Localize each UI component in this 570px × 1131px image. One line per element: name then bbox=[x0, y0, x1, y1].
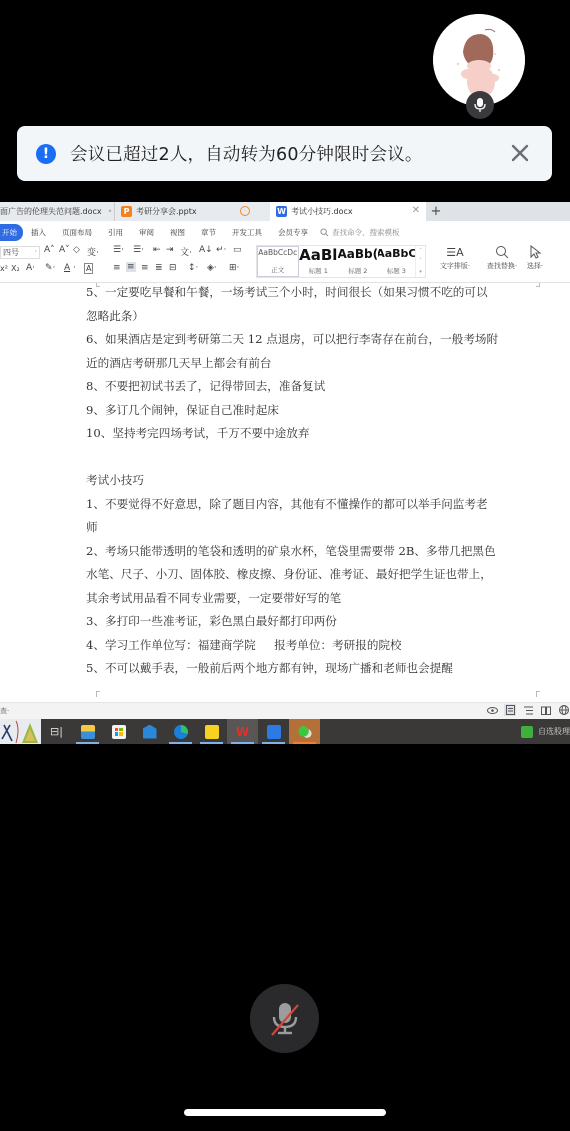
increase-indent-icon[interactable]: ⇥ bbox=[166, 245, 174, 255]
tray-app-label[interactable]: 自选股理 bbox=[538, 726, 570, 737]
search-icon bbox=[320, 228, 329, 237]
align-left-icon[interactable]: ≡ bbox=[113, 263, 121, 273]
info-icon: ! bbox=[36, 144, 56, 164]
doc-line: 忽略此条） bbox=[86, 305, 526, 329]
doc-line: 1、不要觉得不好意思，除了题目内容，其他有不懂操作的都可以举手问监考老 bbox=[86, 493, 526, 517]
styles-scroll[interactable]: ˄ ˅ ▾ bbox=[415, 246, 425, 277]
wechat-icon bbox=[298, 725, 312, 739]
cloud-drive-icon bbox=[267, 725, 281, 739]
stock-app-icon[interactable] bbox=[521, 726, 533, 738]
tab-label: 面广告的伦理失范问题.docx bbox=[0, 206, 102, 217]
reading-view-icon[interactable] bbox=[540, 704, 552, 716]
doc-line: 4、学习工作单位写：福建商学院 报考单位：考研报的院校 bbox=[86, 634, 526, 658]
margin-mark bbox=[536, 691, 540, 697]
align-right-icon[interactable]: ≡ bbox=[141, 263, 149, 273]
eye-protection-icon[interactable] bbox=[486, 704, 498, 716]
sticky-notes-icon bbox=[205, 725, 219, 739]
doc-line: 9、多订几个闹钟，保证自己准时起床 bbox=[86, 399, 526, 423]
tab-label: 考试小技巧.docx bbox=[291, 206, 353, 217]
taskbar-wechat[interactable] bbox=[289, 719, 320, 744]
grow-font-button[interactable]: A˄ bbox=[44, 245, 55, 255]
doc-line: 5、不可以戴手表，一般前后两个地方都有钟，现场广播和老师也会提醒 bbox=[86, 657, 526, 681]
font-color-dropdown[interactable]: · bbox=[73, 263, 76, 273]
new-tab-button[interactable]: + bbox=[426, 202, 446, 221]
font-size-select[interactable]: 四号· bbox=[0, 246, 40, 259]
font-color-icon[interactable]: A bbox=[64, 263, 70, 273]
taskbar-edge[interactable] bbox=[165, 719, 196, 744]
folder-icon bbox=[81, 725, 95, 739]
page-view-icon[interactable] bbox=[504, 704, 516, 716]
doc-line: 2、考场只能带透明的笔袋和透明的矿泉水杯，笔袋里需要带 2B、多带几把黑色 bbox=[86, 540, 526, 564]
meeting-limit-notice: ! 会议已超过2人，自动转为60分钟限时会议。 bbox=[17, 126, 552, 181]
outline-view-icon[interactable] bbox=[522, 704, 534, 716]
menu-insert[interactable]: 插入 bbox=[23, 227, 54, 238]
doc-line: 水笔、尺子、小刀、固体胶、橡皮擦、身份证、准考证、最好把学生证也带上， bbox=[86, 563, 526, 587]
doc-line: 5、一定要吃早餐和午餐，一场考试三个小时，时间很长（如果习惯不吃的可以 bbox=[86, 283, 526, 305]
mute-toggle-button[interactable] bbox=[250, 984, 319, 1053]
table-tools-icon[interactable]: ▭ bbox=[233, 245, 242, 255]
unsaved-indicator-icon: · bbox=[240, 206, 250, 216]
margin-mark bbox=[536, 283, 540, 287]
decrease-indent-icon[interactable]: ⇤ bbox=[153, 245, 161, 255]
distributed-icon[interactable]: ⊟ bbox=[169, 263, 177, 273]
search-placeholder: 查找命令、搜索模板 bbox=[332, 227, 400, 238]
chevron-down-icon[interactable]: ˅ bbox=[419, 258, 422, 264]
search-icon bbox=[495, 245, 509, 259]
tab-kaoyan-pptx[interactable]: P 考研分享会.pptx · bbox=[114, 202, 270, 221]
doc-line: 3、多打印一些准考证，彩色黑白最好都打印两份 bbox=[86, 610, 526, 634]
doc-heading: 考试小技巧 bbox=[86, 469, 526, 493]
style-normal[interactable]: AaBbCcDc 正文 bbox=[257, 246, 299, 277]
shading-icon[interactable]: ◈· bbox=[207, 263, 217, 273]
tab-label: 考研分享会.pptx bbox=[136, 206, 197, 217]
menu-section[interactable]: 章节 bbox=[193, 227, 224, 238]
sort-icon[interactable]: A↓ bbox=[199, 245, 213, 255]
menu-review[interactable]: 审阅 bbox=[131, 227, 162, 238]
store-icon bbox=[112, 725, 126, 739]
char-border-icon[interactable]: A bbox=[84, 263, 93, 274]
shrink-font-button[interactable]: A˅ bbox=[59, 245, 70, 255]
ribbon-menu: 开始 插入 页面布局 引用 审阅 视图 章节 开发工具 会员专享 查找命令、搜索… bbox=[0, 221, 570, 243]
find-replace-button[interactable]: 查找替换· bbox=[482, 245, 522, 271]
tab-dot: • bbox=[108, 207, 113, 216]
doc-line: 6、如果酒店是定到考研第二天 12 点退房，可以把行李寄存在前台，一般考场附 bbox=[86, 328, 526, 352]
task-view-icon: ⊟| bbox=[50, 725, 63, 738]
mic-icon bbox=[473, 97, 487, 113]
bullet-list-icon[interactable]: ☰· bbox=[113, 245, 124, 255]
web-view-icon[interactable] bbox=[558, 704, 570, 716]
numbered-list-icon[interactable]: ☰· bbox=[133, 245, 144, 255]
document-page[interactable]: 5、一定要吃早餐和午餐，一场考试三个小时，时间很长（如果习惯不吃的可以 忽略此条… bbox=[0, 283, 570, 702]
taskbar-baidu-netdisk[interactable] bbox=[258, 719, 289, 744]
cursor-arrow-icon bbox=[529, 245, 541, 259]
superscript-icon[interactable]: x² bbox=[0, 264, 8, 273]
doc-line: 其余考试用品看不同专业需要，一定要带好写的笔 bbox=[86, 587, 526, 611]
subscript-icon[interactable]: X₂ bbox=[11, 264, 20, 273]
document-body[interactable]: 5、一定要吃早餐和午餐，一场考试三个小时，时间很长（如果习惯不吃的可以 忽略此条… bbox=[86, 283, 526, 681]
menu-references[interactable]: 引用 bbox=[100, 227, 131, 238]
system-tray: 自选股理 bbox=[521, 719, 570, 744]
taskbar-microsoft-store[interactable] bbox=[103, 719, 134, 744]
more-styles-icon[interactable]: ▾ bbox=[419, 269, 422, 275]
wps-logo-icon: W bbox=[236, 725, 249, 739]
taskbar-wps-office[interactable]: W bbox=[227, 719, 258, 744]
doc-line: 近的酒店考研那几天早上都会有前台 bbox=[86, 352, 526, 376]
show-marks-icon[interactable]: ↵· bbox=[216, 245, 226, 255]
style-heading-3[interactable]: AaBbC 标题 3 bbox=[378, 246, 416, 277]
chevron-up-icon[interactable]: ˄ bbox=[419, 248, 422, 254]
edge-browser-icon bbox=[174, 725, 188, 739]
menu-view[interactable]: 视图 bbox=[162, 227, 193, 238]
highlight-icon[interactable]: ✎· bbox=[45, 263, 55, 273]
participant-mic-indicator bbox=[466, 91, 494, 119]
styles-gallery: AaBbCcDc 正文 AaBl 标题 1 AaBb( 标题 2 AaBbC 标… bbox=[256, 245, 426, 278]
style-heading-1[interactable]: AaBl 标题 1 bbox=[299, 246, 339, 277]
doc-line: 师 bbox=[86, 516, 526, 540]
tab-exam-tips-docx[interactable]: W 考试小技巧.docx ✕ bbox=[270, 202, 426, 221]
doc-line: 8、不要把初试书丢了，记得带回去，准备复试 bbox=[86, 375, 526, 399]
home-ribbon: 四号· A˄ A˅ ◇ 变· x² X₂ A· ✎· A · A ☰· ☰· ⇤… bbox=[0, 243, 570, 283]
mail-icon bbox=[143, 725, 157, 739]
doc-line bbox=[86, 446, 526, 470]
command-search[interactable]: 查找命令、搜索模板 bbox=[320, 227, 400, 238]
line-spacing-icon[interactable]: ↕· bbox=[188, 263, 198, 273]
chinese-layout-icon[interactable]: 文· bbox=[180, 245, 192, 258]
taskbar-sticky-notes[interactable] bbox=[196, 719, 227, 744]
task-view-button[interactable]: ⊟| bbox=[41, 719, 72, 744]
doc-line: 10、坚持考完四场考试，千万不要中途放弃 bbox=[86, 422, 526, 446]
status-check[interactable]: 查· bbox=[0, 706, 9, 716]
borders-icon[interactable]: ⊞· bbox=[229, 263, 239, 273]
close-icon[interactable] bbox=[508, 141, 532, 165]
shared-screen: 面广告的伦理失范问题.docx • P 考研分享会.pptx · W 考试小技巧… bbox=[0, 202, 570, 744]
margin-mark bbox=[96, 691, 100, 697]
text-layout-button[interactable]: ☰A 文字排版· bbox=[437, 245, 473, 271]
pptx-file-icon: P bbox=[121, 206, 132, 217]
justify-icon[interactable]: ≣ bbox=[155, 263, 163, 273]
close-tab-icon[interactable]: ✕ bbox=[412, 205, 420, 216]
tab-ethics-docx[interactable]: 面广告的伦理失范问题.docx • bbox=[0, 202, 114, 221]
style-heading-2[interactable]: AaBb( 标题 2 bbox=[338, 246, 378, 277]
taskbar-mail[interactable] bbox=[134, 719, 165, 744]
mic-muted-icon bbox=[268, 999, 302, 1039]
menu-home[interactable]: 开始 bbox=[0, 224, 23, 241]
menu-member[interactable]: 会员专享 bbox=[270, 227, 316, 238]
windows-taskbar: ⊟| W bbox=[0, 719, 570, 744]
home-indicator[interactable] bbox=[184, 1109, 386, 1116]
status-bar: 查· bbox=[0, 702, 570, 719]
docx-file-icon: W bbox=[276, 206, 287, 217]
menu-page-layout[interactable]: 页面布局 bbox=[54, 227, 100, 238]
taskbar-file-explorer[interactable] bbox=[72, 719, 103, 744]
text-layout-icon: ☰A bbox=[437, 245, 473, 261]
document-tab-bar: 面广告的伦理失范问题.docx • P 考研分享会.pptx · W 考试小技巧… bbox=[0, 202, 570, 221]
select-button[interactable]: 选择· bbox=[524, 245, 546, 271]
phonetic-guide-icon[interactable]: 变· bbox=[87, 245, 99, 258]
align-center-icon[interactable]: ≡ bbox=[126, 262, 136, 272]
menu-developer[interactable]: 开发工具 bbox=[224, 227, 270, 238]
desktop-wallpaper-thumbnail bbox=[0, 719, 41, 744]
notice-text: 会议已超过2人，自动转为60分钟限时会议。 bbox=[70, 141, 423, 166]
text-effect-icon[interactable]: A· bbox=[26, 263, 35, 273]
clear-format-icon[interactable]: ◇ bbox=[73, 245, 80, 255]
